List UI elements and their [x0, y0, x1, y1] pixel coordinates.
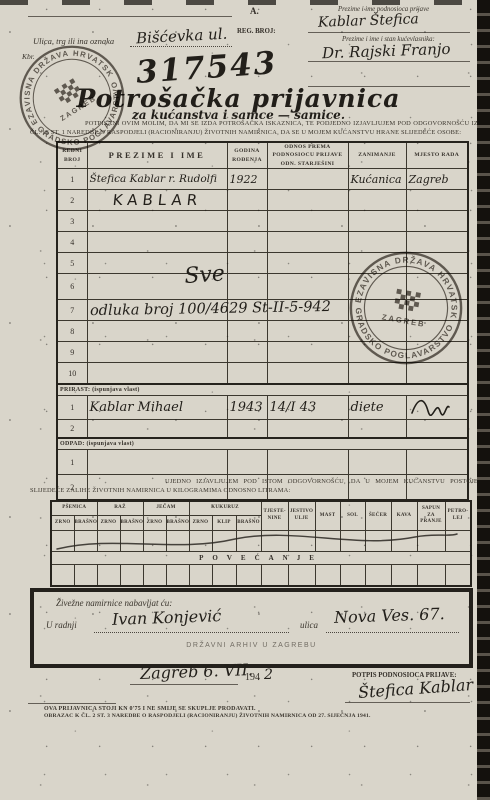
strike-wave-icon	[55, 527, 460, 557]
field-line	[345, 702, 470, 703]
workplace-cell	[406, 450, 468, 475]
field-line	[308, 32, 470, 33]
supplies-value-row	[51, 565, 471, 587]
person-name-cell: odluka broj 100/4629 St-II-5-942	[87, 300, 227, 321]
relation-cell	[267, 232, 348, 253]
group-header: JEČAM	[143, 501, 189, 516]
blank-line	[28, 16, 232, 17]
workplace-cell	[406, 211, 468, 232]
relation-cell	[267, 169, 348, 190]
row-number: 2	[57, 190, 87, 211]
supplies-intro-text: UJEDNO IZJAVLJUJEM POD ISTOM ODGOVORNOŠĆ…	[30, 477, 478, 496]
table-row: 1 Kablar Mihael 1943 14/I 43 diete	[57, 396, 468, 420]
workplace-cell	[406, 232, 468, 253]
relation-cell	[267, 321, 348, 342]
relation-cell	[267, 274, 348, 300]
birth-year-value: 1922	[230, 173, 258, 186]
reg-broj-label: REG. BROJ:	[237, 28, 276, 35]
birth-year-cell	[227, 450, 267, 475]
supply-cell	[120, 565, 143, 587]
supply-cell	[143, 565, 166, 587]
occupation-cell	[348, 190, 406, 211]
row-number: 6	[57, 274, 87, 300]
prirast-section-row: PRIRAST: (ispunjava vlast)	[57, 384, 468, 396]
person-name-cell	[87, 420, 227, 439]
supply-cell	[166, 565, 189, 587]
person-name-cell	[87, 211, 227, 232]
scan-right-edge	[477, 0, 490, 800]
occupation-cell	[348, 450, 406, 475]
field-line	[326, 632, 459, 633]
birth-year-cell: 1943	[227, 396, 267, 420]
occupation-cell: Kućanica	[348, 169, 406, 190]
archive-stamp-text: DRŽAVNI ARHIV U ZAGREBU	[34, 642, 469, 649]
occupation-value: Kućanica	[351, 173, 402, 186]
shop-value: Ivan Konjević	[112, 606, 222, 629]
row-number: 2	[57, 420, 87, 439]
row-number: 3	[57, 211, 87, 232]
stamp-center-text: ZAGREB	[381, 313, 426, 330]
street-value: Bišćevka ul.	[136, 25, 228, 48]
houseowner-value: Dr. Rajski Franjo	[322, 40, 451, 62]
field-line	[130, 684, 238, 685]
stamp-center-text: ZAGREB	[58, 93, 98, 122]
occupation-cell	[348, 363, 406, 385]
person-name-cell	[87, 342, 227, 363]
workplace-value: Zagreb	[409, 173, 449, 186]
person-name-cell: KABLAR	[87, 190, 227, 211]
handwritten-note: odluka broj 100/4629 St-II-5-942	[89, 301, 224, 319]
occupation-cell	[348, 211, 406, 232]
signature-scrawl-icon	[409, 396, 451, 416]
birth-year-cell	[227, 211, 267, 232]
relation-cell	[267, 420, 348, 439]
birth-year-value: 1943	[230, 400, 263, 415]
row-number: 1	[57, 450, 87, 475]
occupation-value: diete	[351, 400, 384, 415]
person-name-cell: Štefica Kablar r. Rudolfi	[87, 169, 227, 190]
supply-cell	[417, 565, 445, 587]
supply-cell	[445, 565, 471, 587]
divider-line	[28, 703, 116, 704]
person-name-cell	[87, 232, 227, 253]
signature-value: Štefica Kablar	[357, 675, 473, 702]
group-header: RAŽ	[97, 501, 143, 516]
table-row: 1 Štefica Kablar r. Rudolfi 1922 Kućanic…	[57, 169, 468, 190]
fine-print-1: OVA PRIJAVNICA STOJI KN 0'75 I NE SMIJE …	[44, 706, 384, 712]
shop-street-label: ulica	[300, 620, 318, 630]
odpad-section-label: ODPAD: (ispunjava vlast)	[57, 438, 468, 450]
field-line	[308, 61, 470, 62]
relation-value: 14/I 43	[270, 400, 317, 415]
procurement-intro: Živežne namirnice nabavljat ću:	[56, 598, 172, 608]
workplace-cell: Zagreb	[406, 169, 468, 190]
column-header-relation: ODNOS PREMA PODNOSIOCU PRIJAVE ODN. STAR…	[267, 142, 348, 169]
supply-cell	[261, 565, 288, 587]
workplace-cell	[406, 396, 468, 420]
odpad-section-row: ODPAD: (ispunjava vlast)	[57, 438, 468, 450]
supply-cell	[51, 565, 74, 587]
supply-cell	[189, 565, 212, 587]
supply-cell	[236, 565, 261, 587]
row-number: 1	[57, 396, 87, 420]
supply-cell	[365, 565, 391, 587]
shop-label: U radnji	[46, 620, 77, 630]
person-name-cell	[87, 450, 227, 475]
row-number: 5	[57, 253, 87, 274]
supply-cell	[74, 565, 97, 587]
field-line	[94, 632, 289, 633]
scan-top-edge	[0, 0, 477, 5]
workplace-cell	[406, 420, 468, 439]
procurement-box: Živežne namirnice nabavljat ću: U radnji…	[30, 588, 473, 668]
row-number: 10	[57, 363, 87, 385]
row-number: 7	[57, 300, 87, 321]
person-name-cell: Sve	[87, 274, 227, 300]
birth-year-cell	[227, 420, 267, 439]
year-written: 2	[264, 667, 273, 683]
relation-cell	[267, 363, 348, 385]
checkerboard-crest-icon	[394, 289, 421, 312]
table-row: 2 KABLAR	[57, 190, 468, 211]
row-number: 8	[57, 321, 87, 342]
supply-cell	[391, 565, 417, 587]
person-name-value: KABLAR	[89, 191, 226, 209]
occupation-cell	[348, 420, 406, 439]
section-letter: A.	[250, 6, 259, 16]
column-header-name: PREZIME I IME	[87, 142, 227, 169]
birth-year-cell	[227, 232, 267, 253]
occupation-cell: diete	[348, 396, 406, 420]
prirast-section-label: PRIRAST: (ispunjava vlast)	[57, 384, 468, 396]
person-name-value: Kablar Mihael	[90, 400, 183, 415]
supply-cell	[340, 565, 365, 587]
scanned-form-sheet: A. Prezime i ime podnosioca prijave Kabl…	[0, 0, 490, 800]
relation-cell	[267, 253, 348, 274]
supply-cell	[315, 565, 340, 587]
fine-print-2: OBRAZAC K ČL. 2 ST. 3 NAREDBE O RASPODJE…	[44, 713, 404, 719]
person-name-cell	[87, 363, 227, 385]
row-number: 1	[57, 169, 87, 190]
supplies-group-header-row: PŠENICA RAŽ JEČAM KUKURUZ TJESTE­NINE JE…	[51, 501, 471, 516]
column-header-occupation: ZANIMANJE	[348, 142, 406, 169]
supply-cell	[212, 565, 236, 587]
person-name-cell	[87, 321, 227, 342]
birth-year-cell	[227, 321, 267, 342]
row-number: 9	[57, 342, 87, 363]
relation-cell	[267, 190, 348, 211]
column-header-year: GODINA ROĐENJA	[227, 142, 267, 169]
table-row: 1	[57, 450, 468, 475]
shop-street-value: Nova Ves. 67.	[334, 604, 445, 627]
year-printed: 194	[245, 672, 260, 683]
birth-year-cell	[227, 190, 267, 211]
checkerboard-crest-icon	[54, 78, 83, 105]
table-header-row: REDNI BROJ PREZIME I IME GODINA ROĐENJA …	[57, 142, 468, 169]
date-value: Zagreb 6. VII.	[140, 660, 254, 683]
relation-cell	[267, 342, 348, 363]
birth-year-cell: 1922	[227, 169, 267, 190]
birth-year-cell	[227, 253, 267, 274]
applicant-name-value: Kablar Štefica	[318, 11, 419, 31]
table-row: 3	[57, 211, 468, 232]
birth-year-cell	[227, 342, 267, 363]
relation-cell	[267, 450, 348, 475]
workplace-cell	[406, 190, 468, 211]
official-round-stamp: NEZAVISNA DRŽAVA HRVATSKA GRADSKO POGLAV…	[339, 241, 473, 375]
field-line	[130, 46, 232, 47]
birth-year-cell	[227, 274, 267, 300]
supply-cell	[97, 565, 120, 587]
column-header-workplace: MJESTO RADA	[406, 142, 468, 169]
supply-cell	[288, 565, 315, 587]
person-name-cell: Kablar Mihael	[87, 396, 227, 420]
birth-year-cell	[227, 363, 267, 385]
group-header: KUKURUZ	[189, 501, 261, 516]
person-name-value: Štefica Kablar r. Rudolfi	[90, 173, 218, 185]
group-header: PŠENICA	[51, 501, 97, 516]
table-row: 2	[57, 420, 468, 439]
row-number: 4	[57, 232, 87, 253]
relation-cell	[267, 211, 348, 232]
relation-cell: 14/I 43	[267, 396, 348, 420]
